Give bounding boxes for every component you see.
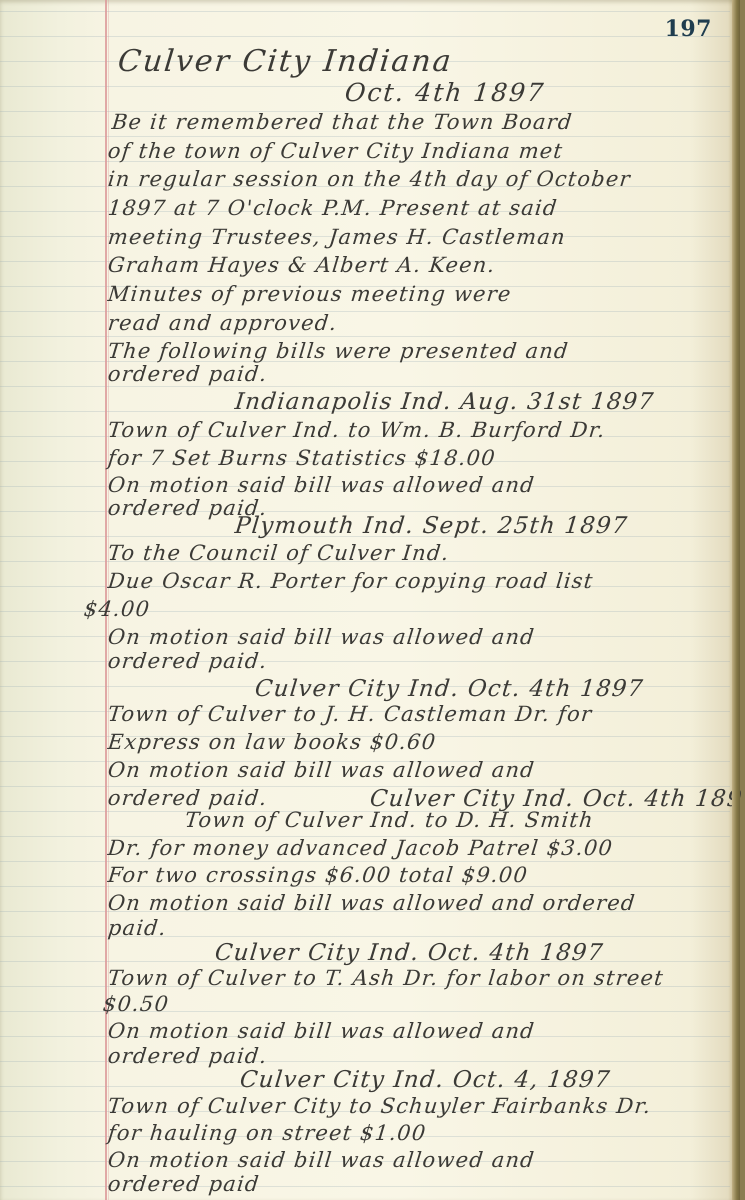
minutes-line: Minutes of previous meeting were — [107, 282, 513, 306]
bill-heading: Culver City Ind. Oct. 4th 1897 — [214, 940, 605, 966]
minutes-line: Be it remembered that the Town Board — [111, 110, 574, 134]
minutes-line: The following bills were presented and — [107, 339, 570, 363]
bill-line: Town of Culver to T. Ash Dr. for labor o… — [107, 966, 665, 990]
bill-line: Town of Culver Ind. to D. H. Smith — [184, 808, 595, 832]
bill-heading: Culver City Ind. Oct. 4, 1897 — [239, 1067, 612, 1093]
motion-line: ordered paid — [107, 1172, 261, 1196]
minutes-line: in regular session on the 4th day of Oct… — [107, 167, 632, 191]
motion-line: On motion said bill was allowed and — [107, 758, 536, 782]
motion-line: On motion said bill was allowed and — [107, 625, 536, 649]
bill-heading: Plymouth Ind. Sept. 25th 1897 — [234, 513, 630, 539]
minutes-line: read and approved. — [107, 311, 339, 335]
bill-line: Express on law books $0.60 — [107, 730, 438, 754]
bill-line: Town of Culver City to Schuyler Fairbank… — [107, 1094, 653, 1118]
motion-line: On motion said bill was allowed and — [107, 1148, 536, 1172]
minutes-line: Graham Hayes & Albert A. Keen. — [107, 253, 497, 277]
bill-line: Town of Culver Ind. to Wm. B. Burford Dr… — [107, 418, 607, 442]
motion-line: ordered paid. — [107, 649, 269, 673]
bill-line: for hauling on street $1.00 — [107, 1121, 428, 1145]
minutes-line: meeting Trustees, James H. Castleman — [107, 225, 567, 249]
page-date: Oct. 4th 1897 — [343, 78, 546, 107]
motion-line: On motion said bill was allowed and orde… — [107, 891, 637, 915]
bill-line: For two crossings $6.00 total $9.00 — [107, 863, 530, 887]
motion-line: ordered paid. — [107, 1044, 269, 1068]
bill-line: $0.50 — [102, 992, 171, 1016]
bill-heading: Indianapolis Ind. Aug. 31st 1897 — [234, 389, 656, 415]
minutes-line: of the town of Culver City Indiana met — [107, 139, 565, 163]
bill-line: Due Oscar R. Porter for copying road lis… — [107, 569, 595, 593]
motion-line: paid. — [107, 916, 168, 940]
motion-line: On motion said bill was allowed and — [107, 1019, 536, 1043]
bill-line: To the Council of Culver Ind. — [107, 541, 451, 565]
minutes-line: ordered paid. — [107, 362, 269, 386]
bill-line: Dr. for money advanced Jacob Patrel $3.0… — [107, 836, 615, 860]
bill-line: $4.00 — [83, 597, 152, 621]
bill-heading: Culver City Ind. Oct. 4th 1897 — [254, 676, 645, 702]
bill-line: Town of Culver to J. H. Castleman Dr. fo… — [107, 702, 594, 726]
bill-line: for 7 Set Burns Statistics $18.00 — [107, 446, 497, 470]
book-binding-edge — [732, 0, 740, 1200]
page-number: 197 — [665, 16, 712, 42]
motion-line: On motion said bill was allowed and — [107, 473, 536, 497]
ledger-page: 197 Culver City Indiana Oct. 4th 1897 Be… — [0, 0, 740, 1200]
minutes-line: 1897 at 7 O'clock P.M. Present at said — [107, 196, 559, 220]
motion-line: ordered paid. — [107, 786, 269, 810]
page-title: Culver City Indiana — [116, 44, 454, 79]
